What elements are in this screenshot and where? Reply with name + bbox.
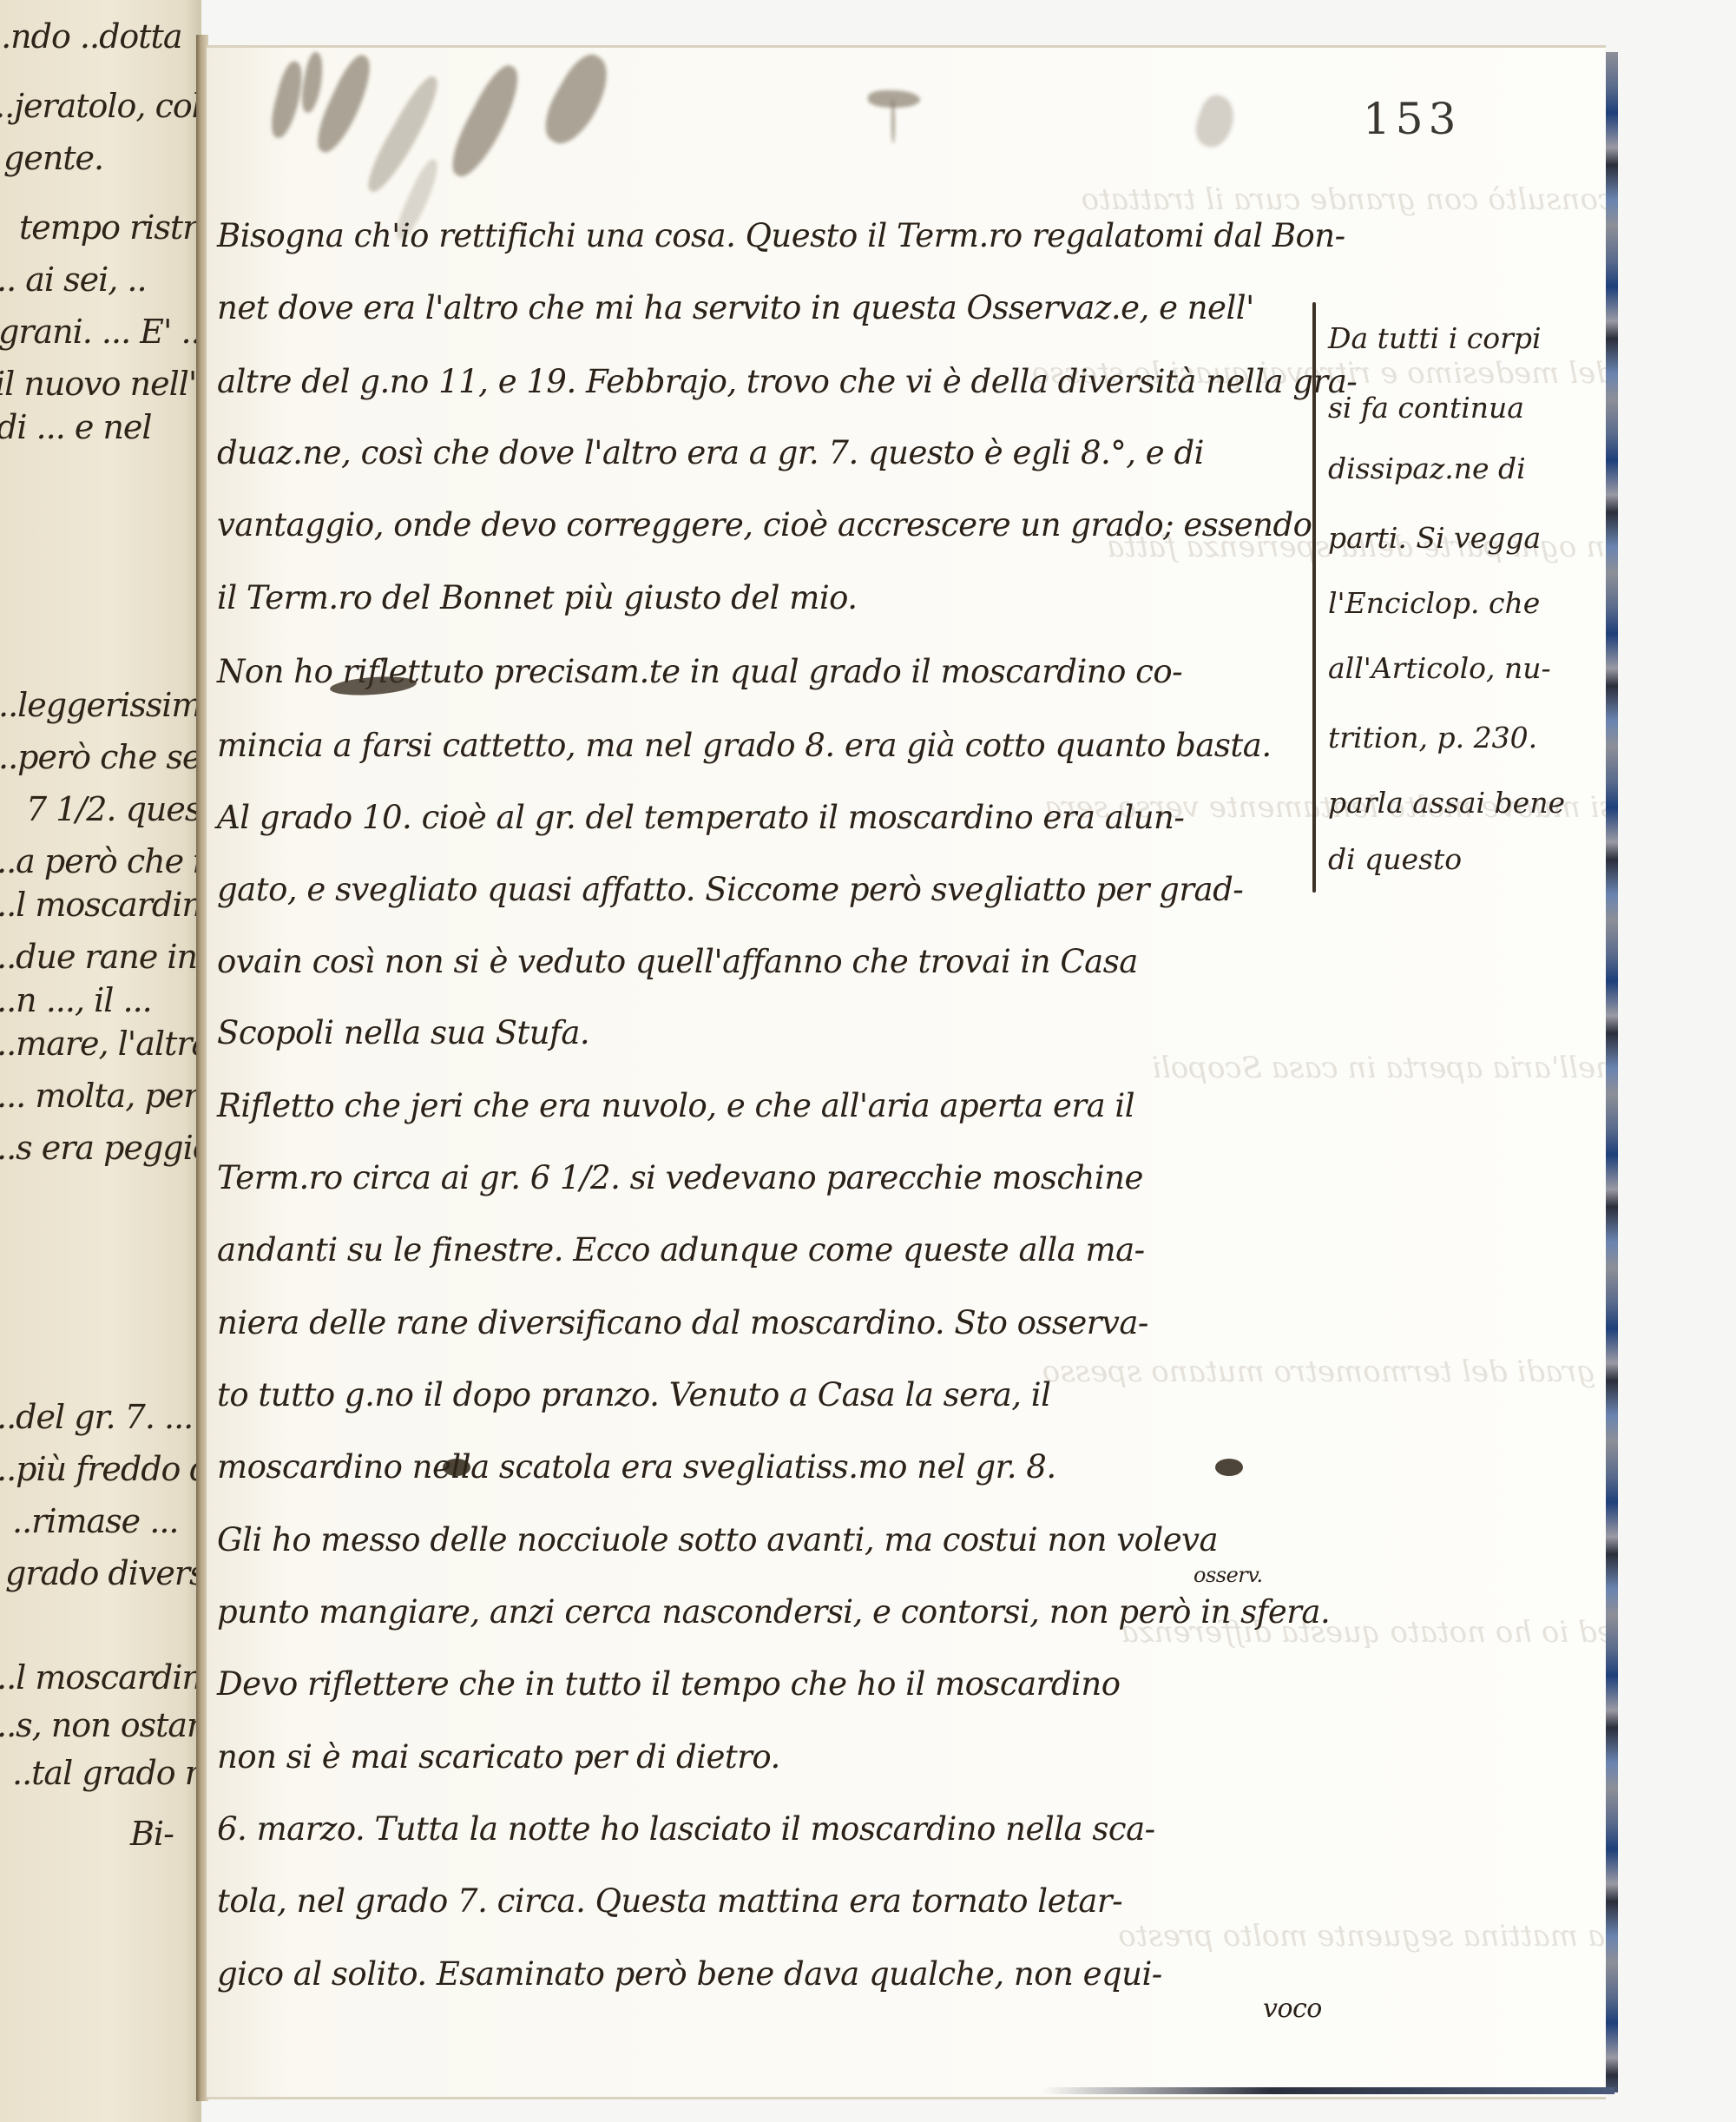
text-line: gato, e svegliato quasi affatto. Siccome…	[217, 871, 1243, 908]
verso-line: ..n ..., il ...	[0, 981, 152, 1019]
margin-note-line: di questo	[1328, 842, 1462, 876]
text-line: tola, nel grado 7. circa. Questa mattina…	[217, 1882, 1122, 1920]
verso-line: Bi-	[130, 1815, 174, 1853]
margin-note-line: parti. Si vegga	[1328, 521, 1541, 555]
text-line: andanti su le finestre. Ecco adunque com…	[217, 1231, 1145, 1269]
text-line: vantaggio, onde devo correggere, cioè ac…	[217, 506, 1312, 544]
verso-line: grani. ... E' ..	[0, 313, 201, 351]
struck-out-word	[1215, 1459, 1243, 1476]
verso-line: tempo ristretto	[19, 208, 201, 247]
verso-line: ..due rane in un	[0, 938, 201, 976]
margin-note-line: si fa continua	[1328, 391, 1524, 425]
verso-line: ... molta, perchè	[0, 1077, 201, 1115]
interlinear-insert: osserv.	[1193, 1563, 1263, 1587]
text-line: Scopoli nella sua Stufa.	[217, 1014, 589, 1051]
text-line: punto mangiare, anzi cerca nascondersi, …	[217, 1593, 1330, 1631]
text-line: Term.ro circa ai gr. 6 1/2. si vedevano …	[217, 1159, 1143, 1196]
text-line: non si è mai scaricato per di dietro.	[217, 1738, 780, 1776]
verso-line: ..s era peggior;	[0, 1129, 201, 1167]
margin-note-line: parla assai bene	[1328, 786, 1565, 820]
marbled-binding-edge	[1606, 52, 1618, 2092]
verso-line: ..leggerissim..	[0, 686, 201, 724]
verso-line: ..del gr. 7. ...	[0, 1398, 193, 1436]
margin-note-line: trition, p. 230.	[1328, 721, 1537, 755]
text-line: duaz.ne, così che dove l'altro era a gr.…	[217, 434, 1204, 471]
text-line: Devo riflettere che in tutto il tempo ch…	[217, 1665, 1120, 1703]
verso-line: di ... e nel	[0, 408, 152, 446]
text-line: net dove era l'altro che mi ha servito i…	[217, 289, 1254, 326]
verso-line: ..a però che il	[0, 842, 201, 880]
text-line: Rifletto che jeri che era nuvolo, e che …	[217, 1087, 1134, 1124]
verso-line: ..tal grado non	[12, 1754, 201, 1792]
binding-bottom-edge	[1042, 2087, 1614, 2094]
margin-note-line: Da tutti i corpi	[1328, 321, 1542, 355]
verso-page-fragment: ..ndo ..dotta ..jeratolo, colun gente. t…	[0, 0, 201, 2122]
verso-line: ..l moscardino, ...	[0, 886, 201, 924]
verso-line: ..rimase ...	[12, 1502, 178, 1540]
margin-bracket-rule	[1312, 302, 1316, 893]
verso-line: grado diversi..	[5, 1554, 201, 1592]
verso-line: ..jeratolo, colun	[0, 87, 201, 125]
text-line: niera delle rane diversificano dal mosca…	[217, 1304, 1148, 1341]
text-line-catchword: voco	[1263, 1993, 1322, 2024]
margin-note-line: all'Articolo, nu-	[1328, 651, 1551, 685]
text-line: mincia a farsi cattetto, ma nel grado 8.…	[217, 727, 1272, 764]
verso-line: ..ndo ..dotta	[0, 17, 181, 56]
verso-line: ..mare, l'altra	[0, 1025, 201, 1063]
text-line: gico al solito. Esaminato però bene dava…	[217, 1955, 1162, 1993]
text-line: moscardino nella scatola era svegliatiss…	[217, 1448, 1056, 1486]
text-line: altre del g.no 11, e 19. Febbrajo, trovo…	[217, 363, 1357, 400]
verso-line: ..però che seguit..	[0, 738, 201, 776]
margin-note-line: l'Enciclop. che	[1328, 586, 1540, 620]
text-line: Al grado 10. cioè al gr. del temperato i…	[217, 799, 1184, 836]
page-number: 153	[1363, 94, 1461, 144]
text-line: il Term.ro del Bonnet più giusto del mio…	[217, 579, 858, 616]
verso-line: ..più freddo di ..	[0, 1450, 201, 1488]
text-line: 6. marzo. Tutta la notte ho lasciato il …	[217, 1810, 1155, 1848]
margin-note-line: dissipaz.ne di	[1328, 451, 1526, 485]
verso-line: 7 1/2. questo ...	[26, 790, 201, 828]
struck-out-word	[443, 1459, 470, 1476]
text-line: Gli ho messo delle nocciuole sotto avant…	[217, 1521, 1218, 1559]
verso-line: .. ai sei, ..	[0, 260, 147, 299]
text-line: ovain così non si è veduto quell'affanno…	[217, 943, 1138, 980]
verso-line: gente.	[3, 139, 103, 177]
text-line: to tutto g.no il dopo pranzo. Venuto a C…	[217, 1376, 1050, 1414]
text-line: Bisogna ch'io rettifichi una cosa. Quest…	[217, 217, 1345, 254]
verso-line: il nuovo nell'a..	[0, 365, 201, 403]
verso-line: ..s, non ostante	[0, 1706, 201, 1744]
verso-line: ..l moscardino	[0, 1658, 201, 1697]
